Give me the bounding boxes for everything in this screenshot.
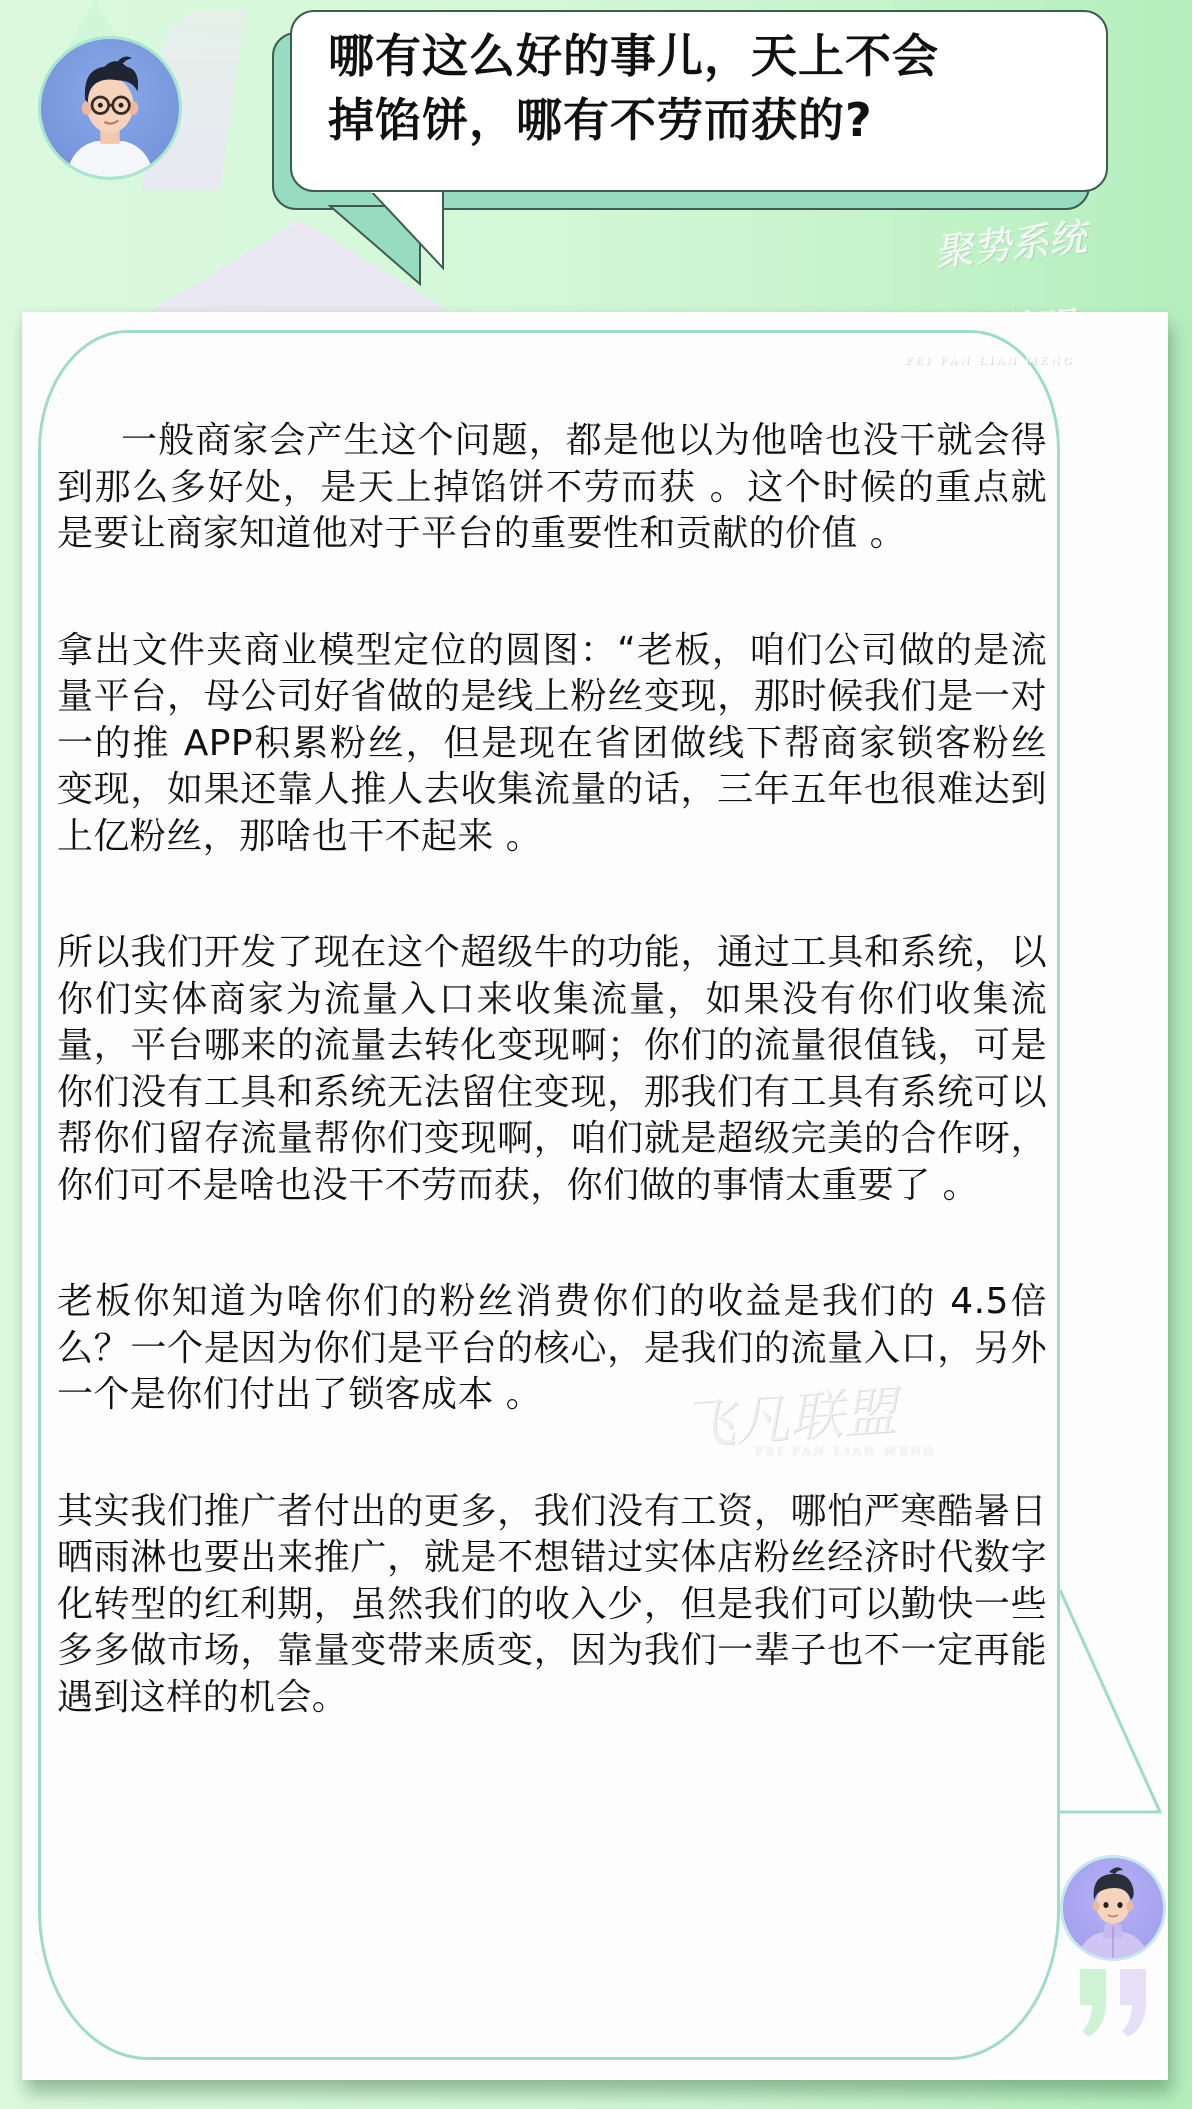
title-line-2: 掉馅饼，哪有不劳而获的? — [328, 93, 873, 147]
boy-with-glasses-avatar-icon — [41, 39, 179, 177]
triangle-decoration — [1056, 1590, 1166, 1820]
speech-bubble-tail — [330, 188, 460, 288]
paragraph-4: 老板你知道为啥你们的粉丝消费你们的收益是我们的 4.5倍么？一个是因为你们是平台… — [57, 1279, 1047, 1419]
title-line-1: 哪有这么好的事儿，天上不会 — [328, 29, 939, 83]
paragraph-3: 所以我们开发了现在这个超级牛的功能，通过工具和系统，以你们实体商家为流量入口来收… — [57, 930, 1047, 1209]
speech-bubble-title: 哪有这么好的事儿，天上不会 掉馅饼，哪有不劳而获的? — [328, 24, 1088, 152]
avatar-bottom — [1060, 1855, 1166, 1961]
article-body: 一般商家会产生这个问题，都是他以为他啥也没干就会得到那么多好处，是天上掉馅饼不劳… — [57, 418, 1047, 1791]
paragraph-5: 其实我们推广者付出的更多，我们没有工资，哪怕严寒酷暑日晒雨淋也要出来推广，就是不… — [57, 1489, 1047, 1722]
boy-in-jacket-avatar-icon — [1063, 1858, 1163, 1958]
avatar-top — [38, 36, 182, 180]
paragraph-1: 一般商家会产生这个问题，都是他以为他啥也没干就会得到那么多好处，是天上掉馅饼不劳… — [57, 418, 1047, 558]
watermark-logo-top: 聚势系统 — [933, 217, 1088, 273]
paragraph-2: 拿出文件夹商业模型定位的圆图：“老板，咱们公司做的是流量平台，母公司好省做的是线… — [57, 628, 1047, 861]
close-quote-icon — [1076, 1965, 1156, 2045]
